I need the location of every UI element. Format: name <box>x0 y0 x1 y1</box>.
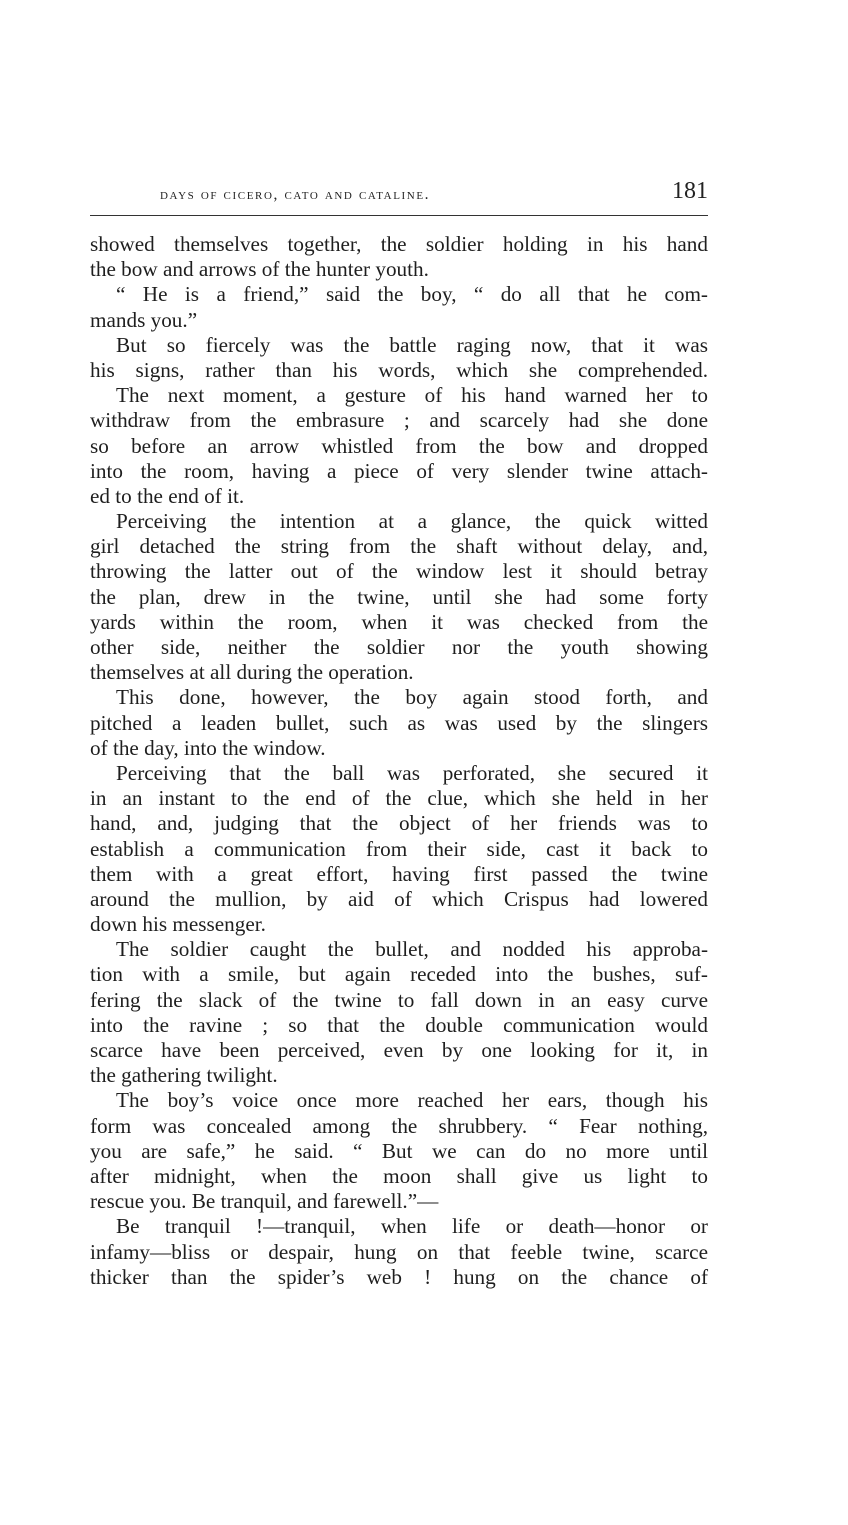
text-line: of the day, into the window. <box>90 736 708 761</box>
text-line: mands you.” <box>90 308 708 333</box>
text-line: The boy’s voice once more reached her ea… <box>90 1088 708 1113</box>
text-line: Perceiving the intention at a glance, th… <box>90 509 708 534</box>
text-line: other side, neither the soldier nor the … <box>90 635 708 660</box>
text-line: throwing the latter out of the window le… <box>90 559 708 584</box>
text-line: in an instant to the end of the clue, wh… <box>90 786 708 811</box>
text-line: establish a communication from their sid… <box>90 837 708 862</box>
text-line: form was concealed among the shrubbery. … <box>90 1114 708 1139</box>
text-line: pitched a leaden bullet, such as was use… <box>90 711 708 736</box>
text-line: into the ravine ; so that the double com… <box>90 1013 708 1038</box>
text-line: the bow and arrows of the hunter youth. <box>90 257 708 282</box>
text-line: them with a great effort, having first p… <box>90 862 708 887</box>
text-line: The next moment, a gesture of his hand w… <box>90 383 708 408</box>
text-line: themselves at all during the operation. <box>90 660 708 685</box>
text-line: the plan, drew in the twine, until she h… <box>90 585 708 610</box>
text-line: withdraw from the embrasure ; and scarce… <box>90 408 708 433</box>
text-line: after midnight, when the moon shall give… <box>90 1164 708 1189</box>
text-line: showed themselves together, the soldier … <box>90 232 708 257</box>
text-line: infamy—bliss or despair, hung on that fe… <box>90 1240 708 1265</box>
text-line: his signs, rather than his words, which … <box>90 358 708 383</box>
text-line: “ He is a friend,” said the boy, “ do al… <box>90 282 708 307</box>
text-line: thicker than the spider’s web ! hung on … <box>90 1265 708 1290</box>
book-page: DAYS OF CICERO, CATO AND CATALINE. 181 s… <box>0 0 848 1525</box>
text-line: into the room, having a piece of very sl… <box>90 459 708 484</box>
text-line: so before an arrow whistled from the bow… <box>90 434 708 459</box>
header-rule <box>90 215 708 216</box>
text-line: girl detached the string from the shaft … <box>90 534 708 559</box>
text-line: fering the slack of the twine to fall do… <box>90 988 708 1013</box>
text-line: This done, however, the boy again stood … <box>90 685 708 710</box>
text-line: around the mullion, by aid of which Cris… <box>90 887 708 912</box>
text-line: ed to the end of it. <box>90 484 708 509</box>
text-line: you are safe,” he said. “ But we can do … <box>90 1139 708 1164</box>
text-line: the gathering twilight. <box>90 1063 708 1088</box>
running-head: DAYS OF CICERO, CATO AND CATALINE. 181 <box>90 176 708 212</box>
text-line: scarce have been perceived, even by one … <box>90 1038 708 1063</box>
running-title: DAYS OF CICERO, CATO AND CATALINE. <box>160 186 430 204</box>
text-line: rescue you. Be tranquil, and farewell.”— <box>90 1189 708 1214</box>
text-line: tion with a smile, but again receded int… <box>90 962 708 987</box>
text-line: The soldier caught the bullet, and nodde… <box>90 937 708 962</box>
page-number: 181 <box>672 178 708 205</box>
text-line: Be tranquil !—tranquil, when life or dea… <box>90 1214 708 1239</box>
text-line: But so fiercely was the battle raging no… <box>90 333 708 358</box>
text-line: down his messenger. <box>90 912 708 937</box>
text-line: Perceiving that the ball was perforated,… <box>90 761 708 786</box>
body-text: showed themselves together, the soldier … <box>90 232 708 1290</box>
text-line: yards within the room, when it was check… <box>90 610 708 635</box>
text-line: hand, and, judging that the object of he… <box>90 811 708 836</box>
